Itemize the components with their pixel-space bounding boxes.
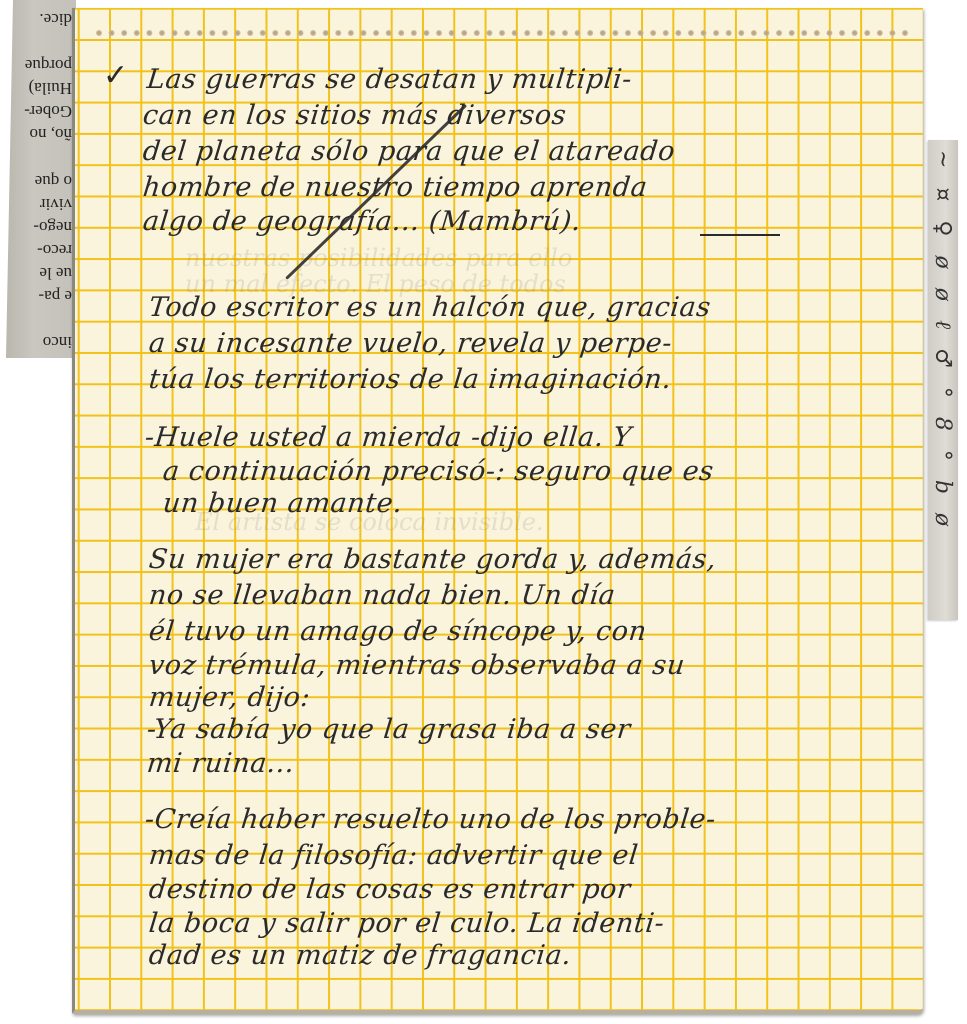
clipping-line: ue le (8, 262, 74, 284)
clipping-line: Huila) (8, 77, 74, 99)
clipping-line: vivir (8, 193, 74, 215)
clipping-line: reco- (8, 239, 74, 261)
note-line: hombre de nuestro tiempo aprenda (141, 172, 649, 203)
clipping-line: inco (8, 331, 74, 353)
note-line: no se llevaban nada bien. Un día (147, 580, 617, 611)
note-line: -Ya sabía yo que la grasa iba a ser (145, 714, 632, 745)
clipping-line: e pa- (8, 285, 74, 307)
note-line: a continuación precisó-: seguro que es (161, 456, 715, 487)
handwritten-clipping-right: ~ ¤ ♀ ø ø ℓ ♂ ° 8 ° b ø (928, 140, 958, 620)
newspaper-clipping-left: inco e pa- ue le reco- nego- vivir o que… (6, 0, 76, 358)
clipping-text: inco e pa- ue le reco- nego- vivir o que… (8, 8, 74, 353)
note-line: la boca y salir por el culo. La identi- (147, 908, 666, 939)
note-line: Las guerras se desatan y multipli- (145, 64, 633, 95)
notebook-page: nuestras posibilidades para ello un mal … (72, 8, 923, 1014)
clipping-line: ño, no (8, 123, 74, 145)
note-line: un buen amante. (161, 488, 404, 519)
clipping-line: nego- (8, 216, 74, 238)
note-line: él tuvo un amago de síncope y, con (147, 616, 648, 647)
note-line: mujer, dijo: (147, 682, 312, 713)
clipping-line (8, 308, 74, 330)
clipping-line: porque (8, 54, 74, 76)
handwritten-notes: ✓ Las guerras se desatan y multipli- can… (75, 8, 923, 1010)
note-line: mas de la filosofía: advertir que el (147, 840, 640, 871)
note-line: Su mujer era bastante gorda y, además, (147, 544, 718, 575)
clipping-line: dice. (8, 8, 74, 30)
note-line: túa los territorios de la imaginación. (147, 364, 673, 395)
note-line: algo de geografía... (Mambrú). (141, 206, 582, 237)
note-line: Todo escritor es un halcón que, gracias (147, 292, 712, 323)
clipping-line (8, 31, 74, 53)
note-line: -Creía haber resuelto uno de los proble- (143, 804, 717, 835)
note-line: can en los sitios más diversos (141, 100, 568, 131)
note-line: -Huele usted a mierda -dijo ella. Y (143, 422, 633, 453)
clipping-line: Gober- (8, 100, 74, 122)
note-line: destino de las cosas es entrar por (147, 874, 632, 905)
underline (700, 234, 780, 236)
clipping-line: o que (8, 170, 74, 192)
note-line: voz trémula, mientras observaba a su (147, 650, 686, 681)
checkmark-icon: ✓ (103, 58, 128, 93)
note-line: a su incesante vuelo, revela y perpe- (147, 328, 673, 359)
clipping-line (8, 147, 74, 169)
clipping-handwriting: ~ ¤ ♀ ø ø ℓ ♂ ° 8 ° b ø (930, 150, 956, 610)
note-line: del planeta sólo para que el atareado (141, 136, 676, 167)
note-line: dad es un matiz de fragancia. (147, 940, 573, 971)
note-line: mi ruina... (145, 748, 296, 779)
